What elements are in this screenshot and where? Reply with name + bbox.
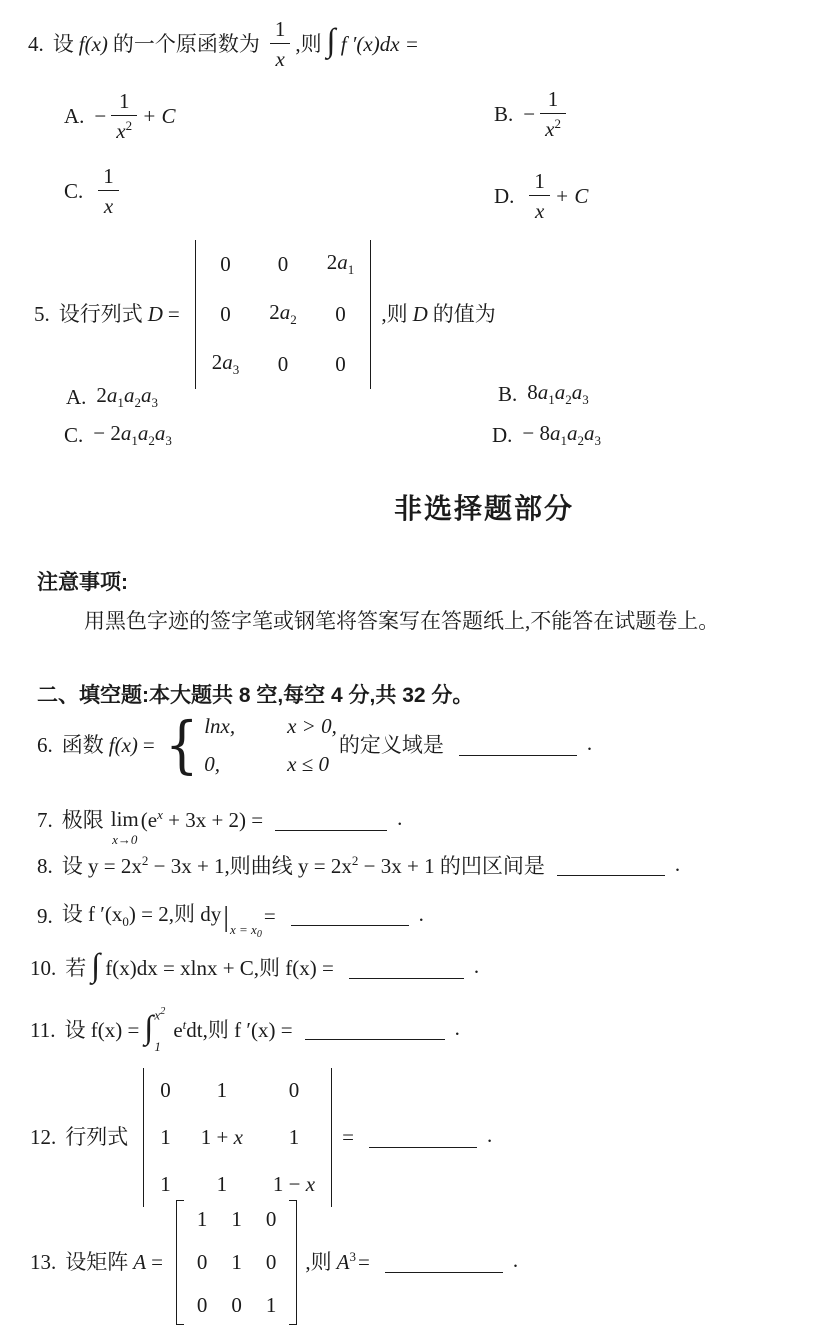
matrix-cell: 1 <box>231 1209 242 1230</box>
question-number: 9. <box>37 903 53 929</box>
fraction: 1 x <box>529 168 550 223</box>
answer-blank <box>369 1142 477 1148</box>
equals-sign: = <box>151 1249 163 1275</box>
stem-text: 函数 <box>62 732 104 758</box>
math-expression: 设 f ′(x0) = 2,则 dy <box>62 901 221 930</box>
answer-blank <box>349 973 464 979</box>
math-A: A <box>133 1249 146 1275</box>
question-number: 6. <box>37 732 53 758</box>
period: . <box>487 1122 492 1148</box>
evaluation-bar: |x = x0 <box>223 901 262 930</box>
question-number: 12. <box>30 1124 56 1150</box>
stem-text: 设矩阵 <box>65 1249 128 1275</box>
matrix-cell: 0 <box>197 1295 208 1316</box>
q4-option-b: B. − 1 x2 <box>494 86 571 141</box>
option-label: D. <box>492 422 512 448</box>
math-D: D <box>148 301 163 327</box>
determinant: 0 0 2a1 0 2a2 0 2a3 0 0 <box>195 240 372 389</box>
notice-body: 用黑色字迹的签字笔或钢笔将答案写在答题纸上,不能答在试题卷上。 <box>84 605 719 635</box>
right-bracket <box>289 1200 297 1325</box>
minus-sign: − <box>523 101 535 127</box>
option-expression: 8a1a2a3 <box>527 379 589 408</box>
equals-sign: = <box>168 301 180 327</box>
question-13: 13. 设矩阵 A = 1 1 0 0 1 0 0 0 1 ,则 A3 = . <box>30 1200 523 1325</box>
option-expression: 2a1a2a3 <box>96 382 158 411</box>
question-9: 9. 设 f ′(x0) = 2,则 dy |x = x0 = . <box>37 901 429 930</box>
stem-text: 设 f(x) = <box>64 1017 139 1043</box>
question-4-stem: 4. 设 f(x) 的一个原函数为 1 x ,则 ∫ f ′(x)dx = <box>28 16 424 71</box>
det-cell: 1 + x <box>201 1127 243 1148</box>
math-expression: A3 <box>337 1249 356 1275</box>
section-header: 非选择题部分 <box>0 487 813 527</box>
option-label: C. <box>64 178 83 204</box>
question-7: 7. 极限 lim x→0 (ex + 3x + 2) = . <box>37 802 407 839</box>
det-cell: 1 <box>160 1127 171 1148</box>
piecewise-condition: x > 0, <box>287 716 337 737</box>
question-12: 12. 行列式 0 1 0 1 1 + x 1 1 1 1 − x = . <box>30 1068 497 1207</box>
period: . <box>675 851 680 877</box>
option-label: B. <box>498 381 517 407</box>
option-label: C. <box>64 422 83 448</box>
period: . <box>513 1247 518 1273</box>
limit-subscript: x→0 <box>112 833 137 846</box>
upper-limit: x2 <box>154 1005 165 1024</box>
option-expression: − 8a1a2a3 <box>522 420 601 449</box>
math-D: D <box>413 301 428 327</box>
question-number: 8. <box>37 853 53 879</box>
stem-text: ,则 <box>295 31 321 57</box>
fraction: 1 x2 <box>540 86 566 141</box>
question-5-stem: 5. 设行列式 D = 0 0 2a1 0 2a2 0 2a3 0 0 ,则 D… <box>34 240 501 389</box>
fraction: 1 x2 <box>111 88 137 143</box>
piecewise-function: { lnx, x > 0, 0, x ≤ 0 <box>162 716 337 775</box>
q5-option-b: B. 8a1a2a3 <box>498 379 589 408</box>
question-number: 10. <box>30 955 56 981</box>
minus-sign: − <box>94 103 106 129</box>
matrix: 1 1 0 0 1 0 0 0 1 <box>176 1200 298 1325</box>
determinant: 0 1 0 1 1 + x 1 1 1 1 − x <box>143 1068 332 1207</box>
det-cell: 1 <box>289 1127 300 1148</box>
answer-blank <box>305 1034 445 1040</box>
option-label: B. <box>494 101 513 127</box>
det-cell: 1 <box>160 1174 171 1195</box>
det-cell: 2a1 <box>327 252 355 276</box>
equals-sign: = <box>264 903 276 929</box>
question-number: 7. <box>37 807 53 833</box>
answer-blank <box>459 750 577 756</box>
det-cell: 0 <box>335 304 346 325</box>
q5-option-c: C. − 2a1a2a3 <box>64 420 172 449</box>
q5-option-d: D. − 8a1a2a3 <box>492 420 601 449</box>
det-cell: 1 − x <box>273 1174 315 1195</box>
answer-blank <box>291 920 409 926</box>
question-number: 5. <box>34 301 50 327</box>
answer-blank <box>557 870 665 876</box>
stem-text: 极限 <box>62 807 104 833</box>
det-cell: 2a2 <box>269 302 297 326</box>
stem-text: 的值为 <box>433 301 496 327</box>
stem-text: 的一个原函数为 <box>113 31 260 57</box>
integral-sign: ∫ <box>91 950 100 983</box>
stem-text: 若 <box>65 955 86 981</box>
math-fx: f(x) <box>79 31 108 57</box>
equals-sign: = <box>342 1124 354 1150</box>
matrix-cell: 1 <box>266 1295 277 1316</box>
det-cell: 2a3 <box>212 352 240 376</box>
period: . <box>474 953 479 979</box>
notice-title: 注意事项: <box>37 566 128 596</box>
matrix-cell: 1 <box>197 1209 208 1230</box>
period: . <box>587 730 592 756</box>
det-cell: 1 <box>217 1174 228 1195</box>
exam-page: 4. 设 f(x) 的一个原函数为 1 x ,则 ∫ f ′(x)dx = A.… <box>0 0 813 1325</box>
option-label: A. <box>66 384 86 410</box>
left-bracket <box>176 1200 184 1325</box>
answer-blank <box>385 1267 503 1273</box>
question-6: 6. 函数 f(x) = { lnx, x > 0, 0, x ≤ 0 的定义域… <box>37 716 597 775</box>
det-cell: 0 <box>220 304 231 325</box>
limit-operator: lim x→0 <box>111 809 139 846</box>
option-label: D. <box>494 183 514 209</box>
det-cell: 1 <box>217 1080 228 1101</box>
period: . <box>397 805 402 831</box>
integral-sign: ∫ <box>144 1012 153 1045</box>
integral-sign: ∫ <box>327 25 336 58</box>
plus-c: + C <box>142 103 175 129</box>
option-expression: − 2a1a2a3 <box>93 420 172 449</box>
matrix-cell: 0 <box>197 1252 208 1273</box>
matrix-cell: 0 <box>231 1295 242 1316</box>
question-number: 13. <box>30 1249 56 1275</box>
equals-sign: = <box>143 732 155 758</box>
piecewise-value: lnx, <box>204 716 235 737</box>
det-cell: 0 <box>278 354 289 375</box>
plus-c: + C <box>555 183 588 209</box>
lower-limit: 1 <box>154 1039 165 1055</box>
equals-sign: = <box>358 1249 370 1275</box>
math-expression: f ′(x)dx = <box>341 31 419 57</box>
det-cell: 0 <box>220 254 231 275</box>
det-cell: 0 <box>160 1080 171 1101</box>
stem-text: ,则 <box>305 1249 331 1275</box>
math-expression: etdt,则 f ′(x) = <box>173 1017 292 1043</box>
fill-section-title: 二、填空题:本大题共 8 空,每空 4 分,共 32 分。 <box>37 679 473 709</box>
piecewise-condition: x ≤ 0 <box>287 754 337 775</box>
question-number: 11. <box>30 1017 55 1043</box>
q4-option-c: C. 1 x <box>64 163 124 218</box>
math-expression: f(x)dx = xlnx + C,则 f(x) = <box>105 955 334 981</box>
piecewise-value: 0, <box>204 754 235 775</box>
det-cell: 0 <box>278 254 289 275</box>
fraction: 1 x <box>270 16 291 71</box>
stem-text: 的定义域是 <box>339 732 444 758</box>
math-fx: f(x) <box>109 732 138 758</box>
q4-option-d: D. 1 x + C <box>494 168 588 223</box>
det-cell: 0 <box>335 354 346 375</box>
fraction: 1 x <box>98 163 119 218</box>
left-brace: { <box>165 716 199 775</box>
math-expression: (ex + 3x + 2) = <box>141 807 263 833</box>
q4-option-a: A. − 1 x2 + C <box>64 88 176 143</box>
option-label: A. <box>64 103 84 129</box>
question-number: 4. <box>28 31 44 57</box>
question-10: 10. 若 ∫ f(x)dx = xlnx + C,则 f(x) = . <box>30 952 484 985</box>
period: . <box>455 1015 460 1041</box>
question-11: 11. 设 f(x) = ∫ x2 1 etdt,则 f ′(x) = . <box>30 1005 465 1055</box>
matrix-cell: 1 <box>231 1252 242 1273</box>
det-cell: 0 <box>289 1080 300 1101</box>
question-8: 8. 设 y = 2x2 − 3x + 1,则曲线 y = 2x2 − 3x +… <box>37 853 685 879</box>
stem-text: 行列式 <box>65 1124 128 1150</box>
answer-blank <box>275 825 387 831</box>
period: . <box>419 901 424 927</box>
stem-text: 设 <box>53 31 74 57</box>
q5-option-a: A. 2a1a2a3 <box>66 382 158 411</box>
stem-text: 设行列式 <box>59 301 143 327</box>
matrix-cell: 0 <box>266 1252 277 1273</box>
stem-text: ,则 <box>381 301 407 327</box>
definite-integral: ∫ x2 1 <box>144 1005 168 1055</box>
matrix-cell: 0 <box>266 1209 277 1230</box>
math-expression: 设 y = 2x2 − 3x + 1,则曲线 y = 2x2 − 3x + 1 … <box>62 853 545 879</box>
